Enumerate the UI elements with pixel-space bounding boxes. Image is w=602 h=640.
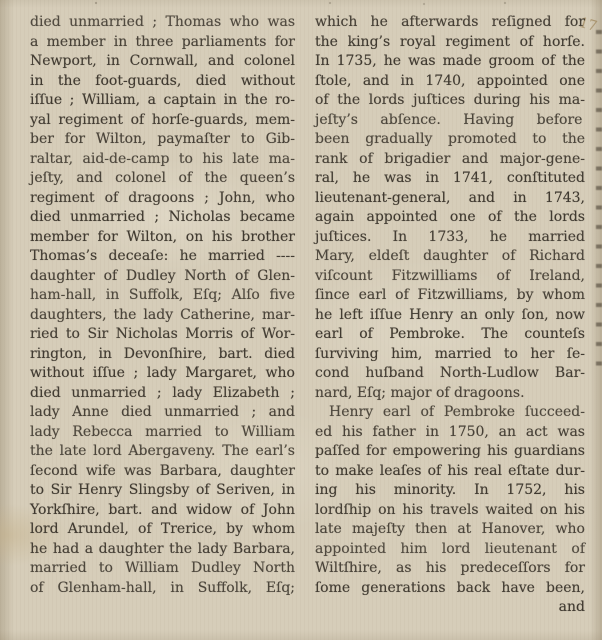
text-line: lieutenant-general, and in 1743, [315, 189, 585, 209]
text-line: without iſſue ; lady Margaret, who [30, 364, 295, 384]
text-line: yal regiment of horſe-guards, mem- [30, 111, 295, 131]
text-line: again appointed one of the lords [315, 208, 585, 228]
text-line: jeſty, and colonel of the queen’s [30, 169, 295, 189]
text-line: rank of brigadier and major-gene- [315, 150, 585, 170]
text-line: Mary, eldeſt daughter of Richard [315, 247, 585, 267]
text-line: Yorkſhire, bart. and widow of John [30, 501, 295, 521]
text-line: appointed him lord lieutenant of [315, 540, 585, 560]
text-line: rington, in Devonſhire, bart. died [30, 345, 295, 365]
column-right: which he afterwards reſigned forthe king… [315, 13, 585, 618]
text-line: Thomas’s deceaſe: he married ---- [30, 247, 295, 267]
text-line: daughters, the lady Catherine, mar- [30, 306, 295, 326]
text-line: of Glenham-hall, in Suffolk, Eſq; [30, 579, 295, 599]
text-line: member for Wilton, on his brother [30, 228, 295, 248]
text-line: ber for Wilton, paymaſter to Gib- [30, 130, 295, 150]
text-line: ed his father in 1750, an act was [315, 423, 585, 443]
book-page-scan: 17 died unmarried ; Thomas who wasa memb… [0, 0, 602, 640]
text-line: raltar, aid-de-camp to his late ma- [30, 150, 295, 170]
text-line: the late lord Abergaveny. The earl’s [30, 442, 295, 462]
text-line: lady Anne died unmarried ; and [30, 403, 295, 423]
text-line: ham-hall, in Suffolk, Eſq; Alſo five [30, 286, 295, 306]
text-line: regiment of dragoons ; John, who [30, 189, 295, 209]
text-line: paſſed for empowering his guardians [315, 442, 585, 462]
text-line: in the foot-guards, died without [30, 72, 295, 92]
text-line: earl of Pembroke. The counteſs [315, 325, 585, 345]
text-line: died unmarried ; lady Elizabeth ; [30, 384, 295, 404]
text-line: Newport, in Cornwall, and colonel [30, 52, 295, 72]
text-line: ſecond wife was Barbara, daughter [30, 462, 295, 482]
adjacent-page-edge-marks [596, 30, 602, 375]
text-line: and [315, 598, 585, 618]
text-line: late majeſty then at Hanover, who [315, 520, 585, 540]
text-line: ried to Sir Nicholas Morris of Wor- [30, 325, 295, 345]
text-line: to make leaſes of his real eſtate dur- [315, 462, 585, 482]
text-line: married to William Dudley North [30, 559, 295, 579]
text-line: died unmarried ; Nicholas became [30, 208, 295, 228]
text-line: a member in three parliaments for [30, 33, 295, 53]
text-line: Henry earl of Pembroke ſucceed- [315, 403, 585, 423]
text-line: nard, Eſq; major of dragoons. [315, 384, 585, 404]
text-line: the king’s royal regiment of horſe. [315, 33, 585, 53]
text-line: Wiltſhire, as his predeceſſors for [315, 559, 585, 579]
text-line: cond huſband North-Ludlow Bar- [315, 364, 585, 384]
text-line: been gradually promoted to the [315, 130, 585, 150]
text-line: lordſhip on his travels waited on his [315, 501, 585, 521]
text-line: died unmarried ; Thomas who was [30, 13, 295, 33]
text-line: jeſty’s abſence. Having before [315, 111, 585, 131]
text-line: daughter of Dudley North of Glen- [30, 267, 295, 287]
text-line: juſtices. In 1733, he married [315, 228, 585, 248]
text-line: to Sir Henry Slingsby of Seriven, in [30, 481, 295, 501]
text-line: which he afterwards reſigned for [315, 13, 585, 33]
text-line: ral, he was in 1741, conſtituted [315, 169, 585, 189]
text-line: of the lords juſtices during his ma- [315, 91, 585, 111]
text-line: he left iſſue Henry an only ſon, now [315, 306, 585, 326]
text-line: ſurviving him, married to her ſe- [315, 345, 585, 365]
text-line: lady Rebecca married to William [30, 423, 295, 443]
text-line: viſcount Fitzwilliams of Ireland, [315, 267, 585, 287]
text-line: ſince earl of Fitzwilliams, by whom [315, 286, 585, 306]
text-columns: died unmarried ; Thomas who wasa member … [30, 13, 585, 618]
text-line: In 1735, he was made groom of the [315, 52, 585, 72]
text-line: ſtole, and in 1740, appointed one [315, 72, 585, 92]
column-left: died unmarried ; Thomas who wasa member … [30, 13, 295, 618]
text-line: iſſue ; William, a captain in the ro- [30, 91, 295, 111]
text-line: he had a daughter the lady Barbara, [30, 540, 295, 560]
text-line: ing his minority. In 1752, his [315, 481, 585, 501]
text-line: ſome generations back have been, [315, 579, 585, 599]
text-line: lord Arundel, of Trerice, by whom [30, 520, 295, 540]
